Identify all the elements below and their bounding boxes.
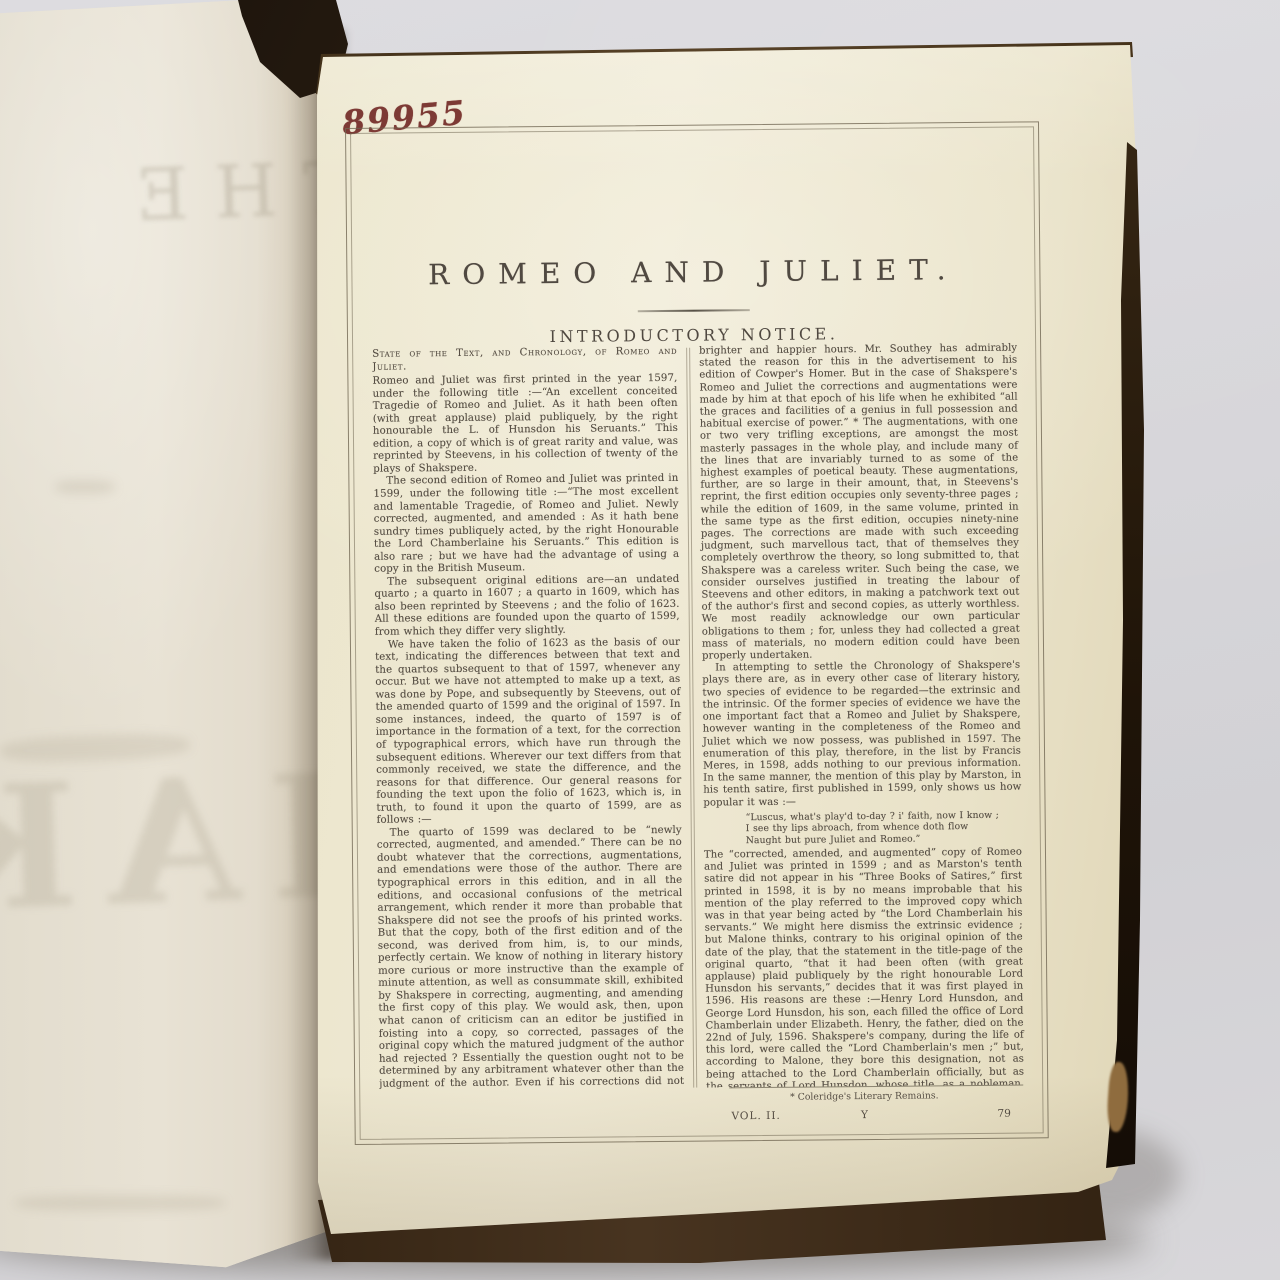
paragraph: brighter and happier hours. Mr. Southey … bbox=[699, 343, 1020, 663]
paragraph: Romeo and Juliet was first printed in th… bbox=[372, 373, 678, 476]
column-heading: State of the Text, and Chronology, of Ro… bbox=[372, 346, 677, 374]
paragraph: The quarto of 1599 was declared to be “n… bbox=[377, 825, 686, 1091]
ghost-showthrough-smudge bbox=[55, 480, 115, 494]
paragraph: In attempting to settle the Chronology o… bbox=[702, 660, 1021, 809]
printed-border-frame: ROMEO AND JULIET. INTRODUCTORY NOTICE. S… bbox=[345, 121, 1049, 1145]
paragraph: The subsequent original editions are—an … bbox=[374, 574, 680, 640]
paragraph: The second edition of Romeo and Juliet w… bbox=[373, 473, 679, 576]
verse-line: Naught but pure Juliet and Romeo.” bbox=[746, 832, 1022, 846]
page-title: ROMEO AND JULIET. bbox=[347, 252, 1039, 292]
paragraph: The “corrected, amended, and augmented” … bbox=[704, 846, 1024, 1090]
text-columns: State of the Text, and Chronology, of Ro… bbox=[372, 343, 1025, 1091]
column-divider-rule bbox=[686, 348, 697, 1088]
paragraph: We have taken the folio of 1623 as the b… bbox=[375, 636, 682, 827]
left-column: State of the Text, and Chronology, of Ro… bbox=[372, 346, 684, 1091]
book-photograph: THE SHAK 89955 ROMEO AND JULIET. INTRODU… bbox=[0, 0, 1280, 1280]
page-number: 79 bbox=[997, 1108, 1010, 1120]
ghost-showthrough-smudge bbox=[15, 1195, 225, 1211]
verse-quotation: “Luscus, what's play'd to-day ? i' faith… bbox=[746, 809, 1022, 846]
right-column: brighter and happier hours. Mr. Southey … bbox=[699, 343, 1024, 1088]
